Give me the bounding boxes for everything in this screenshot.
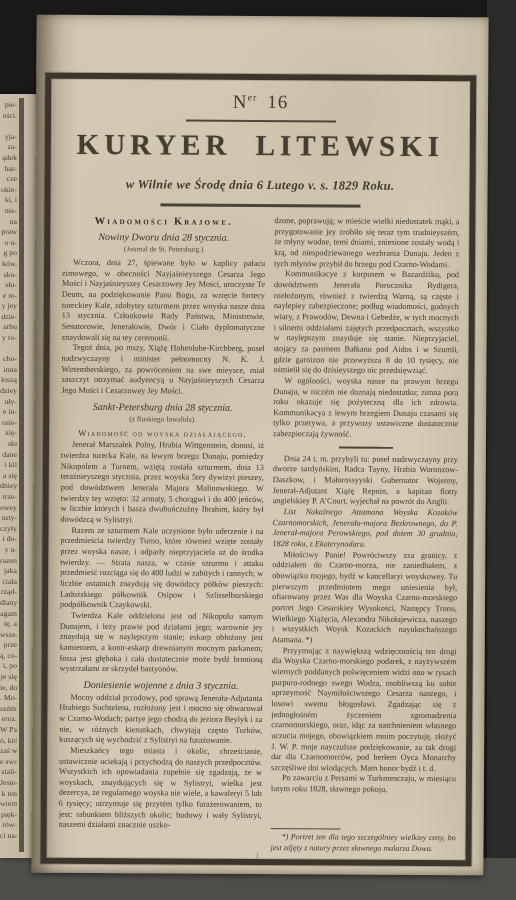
fragment-line: eroz. [0, 714, 17, 725]
fragment-line: k ten [0, 789, 17, 800]
fragment-line: cho- [0, 354, 17, 365]
fragment-line: ó, któ- [0, 736, 17, 747]
header-rule-bottom [160, 203, 360, 207]
fragment-line: pięk- [0, 810, 17, 821]
article-paragraph: Jenerał Marszałek Polny, Hrabia Wittgens… [61, 440, 265, 526]
fragment-line: dniey [0, 481, 17, 492]
page-number-mark: 1 [255, 851, 259, 860]
fragment-line: dane [0, 450, 17, 461]
article-paragraph: Mieszkańcy tego miasta i okolic, chrześc… [59, 746, 263, 832]
fragment-line: yja- [0, 132, 17, 143]
issue-number: Ner16 [61, 91, 460, 115]
fragment-line: g po [0, 248, 17, 259]
fragment-line: ie, do [0, 683, 17, 694]
facing-page-edge: pie-ości.yja-za-ądekbar-czeokie-ki, inie… [0, 94, 36, 858]
fragment-line: słu [0, 439, 17, 450]
article-subhead: Sankt-Petersburg dnia 28 stycznia. [61, 402, 264, 414]
fragment-line: i, po [0, 661, 17, 672]
article-paragraph: dzone, poprawują; w mieście wielki niedo… [274, 216, 459, 270]
fragment-line: pie- [0, 100, 17, 111]
section-heading: Wiadomości Krajowe. [62, 217, 265, 229]
fragment-line: słu- [0, 280, 17, 291]
fragment-line: razem [0, 556, 17, 567]
letter-heading: List Nakaźnego Attamana Woyska Kozaków C… [272, 507, 457, 551]
fragment-line: łoszą [0, 375, 17, 386]
article-source: (z Ruskiego Inwalida). [61, 414, 264, 426]
fragment-line: i kil [0, 460, 17, 471]
fragment-line: i do- [0, 534, 17, 545]
facing-page-border-rule [19, 98, 24, 852]
fragment-line: dzie- [0, 312, 17, 323]
article-source: (Journal de St. Petersburg.) [62, 244, 265, 256]
article-paragraph: Mocny oddział przodowy, pod sprawą Jener… [59, 692, 262, 747]
fragment-line: wsze- [0, 630, 17, 641]
fragment-line: inna [0, 365, 17, 376]
fragment-line: arbu [0, 322, 17, 333]
scan-background-right [487, 0, 516, 900]
fragment-line: jaka [0, 566, 17, 577]
fragment-line: ądek [0, 153, 17, 164]
fragment-line: nie- [0, 206, 17, 217]
dateline: w Wilnie we Środę dnia 6 Lutego v. s. 18… [61, 177, 460, 194]
article-paragraph: Przyymując z naywiększą wdzięcznością te… [271, 646, 457, 775]
fragment-line: agam [0, 609, 17, 620]
article-subhead: Doniesienie wojenne z dnia 3 stycznia. [59, 681, 262, 693]
fragment-line [0, 842, 17, 853]
fragment-line: czyły [0, 524, 17, 535]
fragment-line: ków, [0, 259, 17, 270]
printed-border-frame: Ner16 KURYER LITEWSKI w Wilnie we Środę … [40, 73, 476, 867]
issue-number-prefix: N [233, 92, 248, 113]
article-paragraph: Dnia 24 t. m. przybyli tu: poseł nadzwyc… [273, 454, 458, 508]
scanned-newspaper-view: pie-ości.yja-za-ądekbar-czeokie-ki, inie… [0, 0, 516, 900]
fragment-line: e in- [0, 407, 17, 418]
fragment-line: praw [0, 227, 17, 238]
article-paragraph: Twierdza Kale oddzielona jest od Nikopol… [60, 611, 263, 676]
newspaper-page: Ner16 KURYER LITEWSKI w Wilnie we Środę … [31, 15, 488, 876]
fragment-line: . Mo- [0, 693, 17, 704]
article-caps-heading: Wiadomość od woyska działającego. [61, 428, 264, 440]
fragment-line: stali- [0, 767, 17, 778]
fragment-line: cze [0, 174, 17, 185]
page-content: Ner16 KURYER LITEWSKI w Wilnie we Środę … [46, 79, 470, 861]
fragment-line: ci na- [0, 831, 17, 842]
fragment-line: uły- [0, 397, 17, 408]
article-paragraph: Tegoż dnia, po mszy, Xiążę Hohenlohe-Kir… [61, 343, 264, 398]
fragment-line: y u- [0, 545, 17, 556]
fragment-line: rów- [0, 820, 17, 831]
fragment-line: y ro- [0, 333, 17, 344]
fragment-line: W Pa- [0, 725, 17, 736]
column-right: dzone, poprawują; w mieście wielki niedo… [271, 216, 460, 854]
article-paragraph: Po zawarciu z Persami w Turkmenczaju, w … [271, 774, 456, 796]
article-paragraph: Miłościwy Panie! Powróciwszy zza granicy… [272, 550, 458, 647]
fragment-line: za- [0, 142, 17, 153]
fragment-line [0, 344, 17, 355]
fragment-line: ciała [0, 577, 17, 588]
issue-number-ordinal: er [248, 93, 258, 104]
fragment-line [0, 852, 17, 854]
fragment-line: dlany, [0, 598, 17, 609]
fragment-line: osie- [0, 418, 17, 429]
fragment-line: ości. [0, 111, 17, 122]
fragment-line: na [0, 217, 17, 228]
fragment-line: owey, [0, 503, 17, 514]
fragment-line: Jeste- [0, 778, 17, 789]
article-paragraph: Kommunikacye z korpusem w Bazardżiku, po… [273, 269, 459, 377]
fragment-line: sku- [0, 270, 17, 281]
article-paragraph: Razem ze szturmem Kale uczynione było ud… [60, 526, 264, 612]
fragment-line: je się [0, 672, 17, 683]
column-left: Wiadomości Krajowe. Nowiny Dworu dnia 28… [59, 215, 266, 853]
article-subhead: Nowiny Dworu dnia 28 stycznia. [62, 232, 265, 244]
issue-number-value: 16 [267, 92, 288, 113]
fragment-line: e swo- [0, 757, 17, 768]
fragment-line: ą, co- [0, 651, 17, 662]
text-columns: Wiadomości Krajowe. Nowiny Dworu dnia 28… [57, 215, 460, 854]
fragment-line [0, 121, 17, 132]
fragment-line: ię, a [0, 619, 17, 630]
column-left-flow: Wiadomości Krajowe. Nowiny Dworu dnia 28… [59, 215, 266, 853]
fragment-line: a się [0, 471, 17, 482]
fragment-line: xię- [0, 428, 17, 439]
facing-page-text-fragments: pie-ości.yja-za-ądekbar-czeokie-ki, inie… [0, 100, 17, 854]
article-paragraph: Wczora, dnia 27, śpiewane było w kaplicy… [62, 258, 266, 344]
column-right-flow: dzone, poprawują; w mieście wielki niedo… [271, 216, 460, 822]
fragment-line: y jey [0, 301, 17, 312]
footnote-rule [271, 828, 341, 829]
fragment-line: ki, i [0, 195, 17, 206]
fragment-line: wierni [0, 799, 17, 810]
fragment-line: szém. [0, 704, 17, 715]
article-paragraph: W ogólności, woyska nasze na prawym brze… [273, 376, 458, 441]
fragment-line: bar- [0, 164, 17, 175]
footnote: *) Portret ten dla tego szczególniey wie… [271, 832, 456, 854]
fragment-line: prze [0, 640, 17, 651]
fragment-line: zaś w [0, 746, 17, 757]
fragment-line: okie- [0, 185, 17, 196]
fragment-line: usty- [0, 513, 17, 524]
fragment-line: trze- [0, 492, 17, 503]
fragment-line: dziey [0, 386, 17, 397]
divider-rule [338, 446, 392, 448]
masthead-title: KURYER LITEWSKI [61, 129, 460, 164]
fragment-line: rząd- [0, 587, 17, 598]
fragment-line: e re- [0, 291, 17, 302]
fragment-line: o u- [0, 238, 17, 249]
header-rule-top [185, 120, 335, 123]
